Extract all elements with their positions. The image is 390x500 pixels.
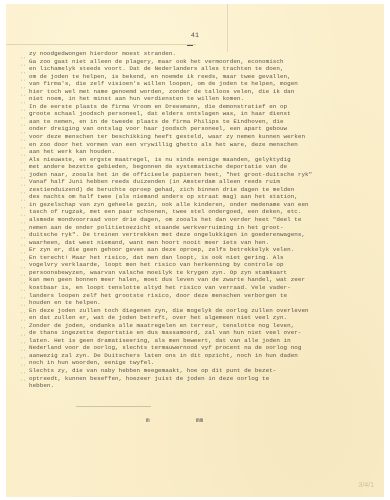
footer-rule	[76, 406, 151, 407]
text-line: Nederland voor de oorlog, slechts termau…	[29, 344, 379, 352]
text-line: groote schaal joodsch personeel, dat eld…	[29, 110, 379, 118]
text-line: alsmede mondvoorraad voor drie dagen, om…	[29, 216, 379, 224]
text-line: duitsche ryk". De treinen vertrekken met…	[29, 231, 379, 239]
text-line: Slechts zy, die van naby hebben meegemaa…	[29, 367, 379, 375]
paper-fold-horizontal	[6, 44, 196, 45]
text-line: en zoo door het vormen van een vrywillig…	[29, 141, 379, 149]
text-line: hier toch wel met name genoemd worden, z…	[29, 88, 379, 96]
text-line: vogelvry verklaarde, loopt men het risic…	[29, 261, 379, 269]
text-line: landers loopen zelf het grootste risico,…	[29, 292, 379, 300]
text-line: om de joden te helpen, is bekend, en noe…	[29, 73, 379, 81]
text-line: Als nieuwste, en ergste maatregel, is nu…	[29, 156, 379, 164]
text-line: En terecht! Maar het risico, dat men dan…	[29, 254, 379, 262]
text-line: Ga zoo gaat niet alleen de plagery, maar…	[29, 58, 379, 66]
text-line: kostbaar is, en loopt tenslotte altyd he…	[29, 284, 379, 292]
text-line: houden en te helpen.	[29, 299, 379, 307]
text-line: laten. Het is geen dramatiseering, als m…	[29, 337, 379, 345]
text-line: persoonsbewyzen, waarvan valsche moeilyk…	[29, 269, 379, 277]
text-line: joden naar, zooals het in de officieele …	[29, 171, 379, 179]
text-line: waarheen, dat weet niemand, want men hoo…	[29, 239, 379, 247]
text-line: hebben.	[29, 382, 379, 390]
text-line: voor deze menschen ter beschikking heeft…	[29, 133, 379, 141]
text-line: optreedt, kunnen beseffen, hoezeer juist…	[29, 375, 379, 383]
text-line: noch in hun woorden, eenige twyfel.	[29, 359, 379, 367]
page-number: 41	[6, 32, 384, 39]
text-line: van firma's, die zelf visioen's willen l…	[29, 80, 379, 88]
text-line: onder dreiging van ontslag voor haar joo…	[29, 125, 379, 133]
text-line: de thans ingezette deportatie en dus mas…	[29, 329, 379, 337]
text-line: aanwezig zal zyn. De Duitschers laten on…	[29, 352, 379, 360]
text-line: In de eerste plaats de firma Vroom en Dr…	[29, 103, 379, 111]
text-line: zestienduizend) de beruchte oproep gehad…	[29, 186, 379, 194]
text-line: Er zyn er, die geen gehoor geven aan dez…	[29, 246, 379, 254]
text-line: en dat zullen er, wat de joden betreft, …	[29, 314, 379, 322]
paper-fold-vertical	[227, 4, 228, 52]
text-line: en lichamelyk steeds voort. Dat de Neder…	[29, 65, 379, 73]
text-line: in gezelschap van zyn geheele gezin, ook…	[29, 201, 379, 209]
text-line: aan het werk kan houden.	[29, 148, 379, 156]
text-line: met andere bezette gebieden, begonnen de…	[29, 163, 379, 171]
margin-punch-marks	[20, 54, 26, 384]
text-line: Zonder de joden, ondanks alle maatregele…	[29, 322, 379, 330]
text-line: nemen aan de onder politietoezicht staan…	[29, 224, 379, 232]
text-line: tasch of rugzak, met een paar schoenen, …	[29, 208, 379, 216]
text-line: aan te nemen, en in de tweede plaats de …	[29, 118, 379, 126]
footer-mark-right: mm	[196, 417, 203, 424]
page-number-underline	[187, 45, 193, 46]
text-line: zy noodgedwongen hierdoor moest stranden…	[29, 50, 379, 58]
text-line: des nachts om half twee (als niemand and…	[29, 193, 379, 201]
text-line: kan men geen bonnen meer halen, moet dus…	[29, 276, 379, 284]
archive-pencil-number: 3/4/1	[358, 482, 374, 489]
document-body: zy noodgedwongen hierdoor moest stranden…	[29, 50, 379, 390]
text-line: Vanaf half Juni hebben reeds duizenden (…	[29, 178, 379, 186]
footer-mark-left: m	[146, 417, 150, 424]
text-line: niet noem, in het minst aan hun verdiens…	[29, 95, 379, 103]
typewritten-page: 41 zy noodgedwongen hierdoor moest stran…	[6, 4, 384, 497]
text-line: En deze joden zullen toch diegenen zyn, …	[29, 307, 379, 315]
